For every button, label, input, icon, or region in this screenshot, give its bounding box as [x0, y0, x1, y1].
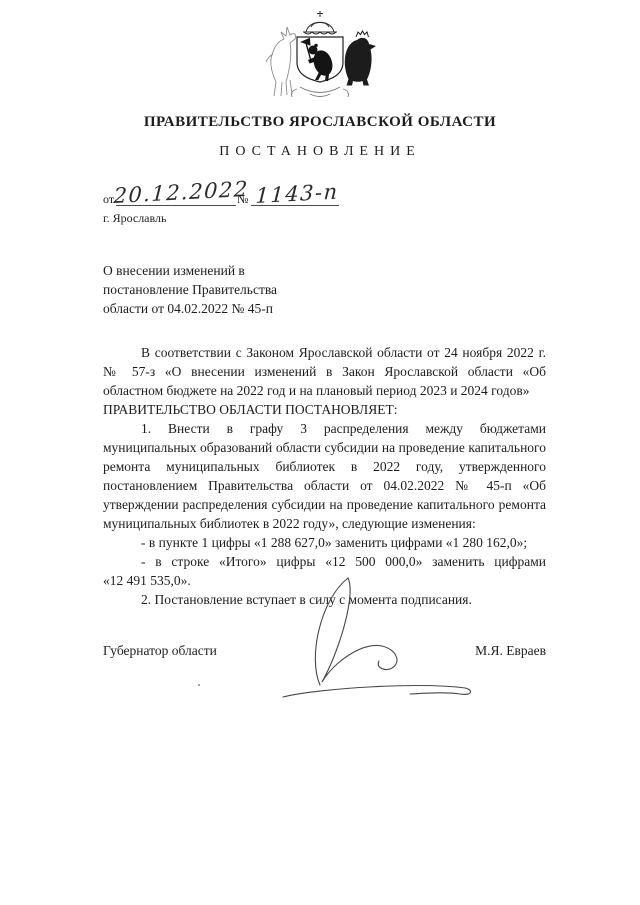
governor-signature-icon [250, 570, 480, 705]
item-1-subitem-1: - в пункте 1 цифры «1 288 627,0» заменит… [103, 533, 546, 552]
decree-document-page: ПРАВИТЕЛЬСТВО ЯРОСЛАВСКОЙ ОБЛАСТИ ПОСТАН… [0, 0, 640, 905]
subject-line: О внесении изменений в [103, 261, 363, 280]
preamble-paragraph: В соответствии с Законом Ярославской обл… [103, 343, 546, 400]
subject-line: области от 04.02.2022 № 45-п [103, 299, 363, 318]
requisites-row: от 20.12.2022 № 1143-п [103, 180, 640, 210]
subject-block: О внесении изменений в постановление Пра… [103, 261, 363, 318]
doc-type-title: ПОСТАНОВЛЕНИЕ [0, 144, 640, 160]
subject-line: постановление Правительства [103, 280, 363, 299]
resolution-header: ПРАВИТЕЛЬСТВО ОБЛАСТИ ПОСТАНОВЛЯЕТ: [103, 400, 546, 419]
number-label: № [237, 192, 248, 207]
number-handwritten: 1143-п [255, 180, 339, 208]
signature-name: М.Я. Евраев [475, 643, 546, 659]
org-name: ПРАВИТЕЛЬСТВО ЯРОСЛАВСКОЙ ОБЛАСТИ [0, 114, 640, 131]
emblem-container [0, 0, 640, 102]
signature-position: Губернатор области [103, 643, 217, 659]
city-label: г. Ярославль [103, 211, 640, 226]
yaroslavl-oblast-coat-of-arms-icon [245, 10, 395, 102]
scan-speck [198, 684, 200, 686]
item-1-paragraph: 1. Внести в графу 3 распределения между … [103, 419, 546, 533]
